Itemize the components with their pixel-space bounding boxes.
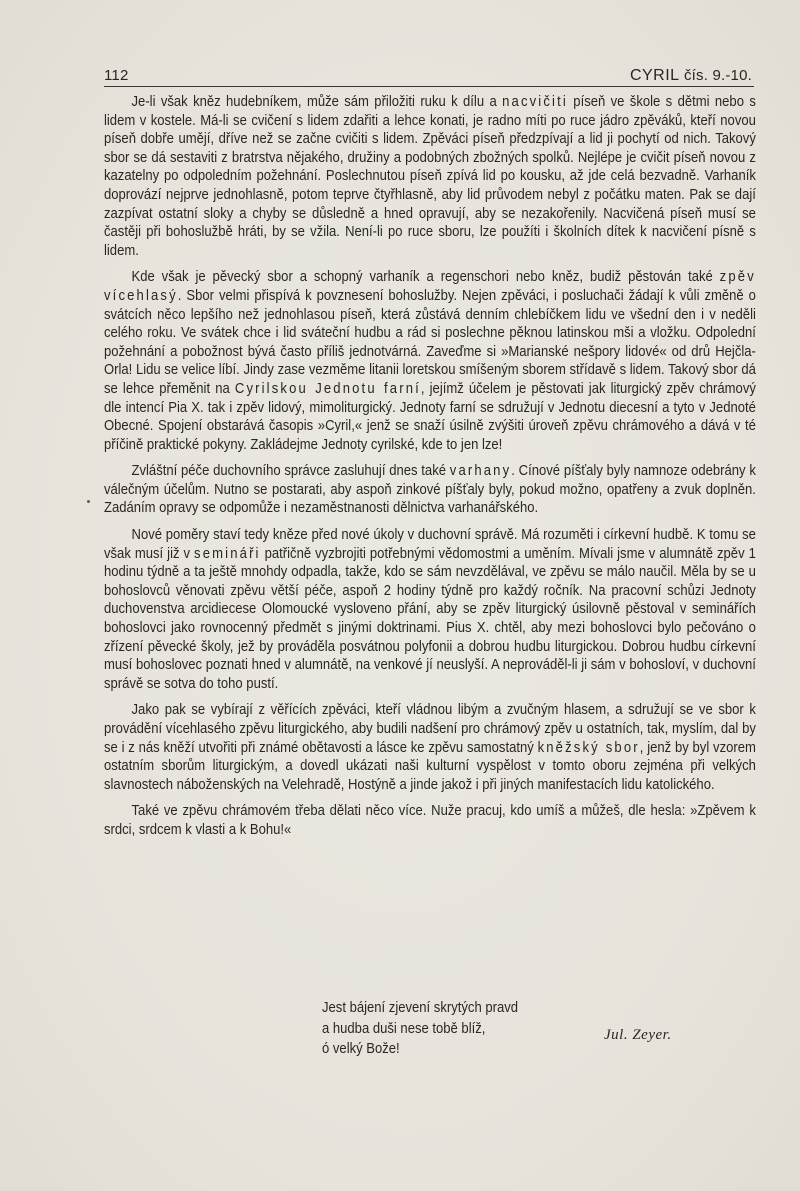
paragraph-organ: Zvláštní péče duchovního správce zasluhu… — [104, 462, 756, 518]
article-body: Je-li však kněz hudebníkem, může sám při… — [104, 93, 756, 848]
paragraph-priest-choir: Jako pak se vybírají z věřících zpěváci,… — [104, 701, 756, 794]
emphasis-nacviciti: nacvičiti — [502, 93, 568, 110]
margin-speck — [87, 500, 90, 503]
issue-number: čís. 9.-10. — [684, 67, 752, 84]
emphasis-cyrilska-jednota: Cyrilskou Jednotu farní — [235, 380, 421, 397]
poem-author: Jul. Zeyer. — [604, 1027, 672, 1044]
poem-line: ó velký Bože! — [322, 1039, 518, 1060]
running-header: 112 CYRIL čís. 9.-10. — [104, 66, 754, 87]
poem-line: Jest bájení zjevení skrytých pravd — [322, 998, 518, 1019]
paragraph-rehearsal: Je-li však kněz hudebníkem, může sám při… — [104, 93, 756, 260]
page-number: 112 — [104, 66, 129, 86]
journal-name: CYRIL — [630, 67, 680, 84]
journal-title: CYRIL čís. 9.-10. — [630, 66, 752, 86]
paragraph-polyphony: Kde však je pěvecký sbor a schopný varha… — [104, 268, 756, 454]
paragraph-closing: Také ve zpěvu chrámovém třeba dělati něc… — [104, 802, 756, 839]
paragraph-seminary: Nové poměry staví tedy kněze před nové ú… — [104, 526, 756, 693]
poem-epigraph: Jest bájení zjevení skrytých pravd a hud… — [322, 998, 518, 1060]
poem-line: a hudba duši nese tobě blíž, — [322, 1019, 518, 1040]
emphasis-seminari: semináři — [194, 545, 261, 562]
emphasis-varhany: varhany — [450, 462, 512, 479]
journal-page: 112 CYRIL čís. 9.-10. Je-li však kněz hu… — [0, 0, 800, 1191]
emphasis-knezsky-sbor: kněžský sbor — [538, 739, 640, 756]
